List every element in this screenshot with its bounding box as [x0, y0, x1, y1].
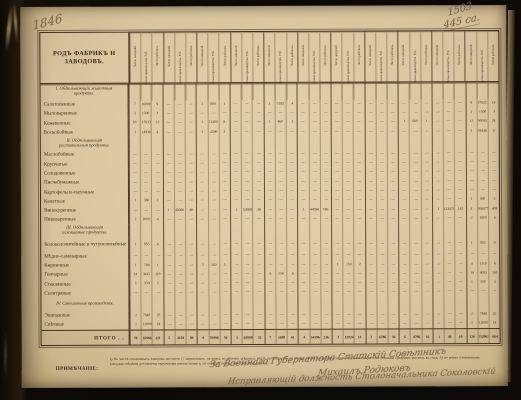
row-label: Маслобойные [44, 152, 74, 158]
row-label-cell: Свѣчные [42, 320, 130, 330]
cell-value: — [470, 188, 474, 192]
cell-value: — [459, 170, 463, 174]
data-cell: — [275, 205, 286, 214]
cell-value: 2 [471, 216, 473, 220]
data-cell [129, 224, 140, 237]
cell-value: — [380, 207, 384, 211]
cell-value: — [223, 242, 227, 246]
cell-value: — [167, 242, 171, 246]
data-cell [353, 223, 364, 236]
data-cell: — [398, 195, 409, 204]
data-cell: — [286, 205, 297, 214]
data-cell: — [263, 149, 274, 158]
cell-value: — [481, 151, 485, 155]
cell-value: 6786 [379, 335, 386, 339]
cell-value: 150 [346, 262, 351, 266]
cell-value: 4 [493, 241, 495, 245]
data-cell: — [432, 259, 443, 268]
data-cell: 1000 [140, 215, 151, 224]
data-cell: — [297, 214, 308, 223]
document-page: 1846 1503 445 са. РОДЪ ФАБРИКЪ И ЗАВОДОВ… [20, 5, 508, 388]
data-cell: — [454, 117, 465, 126]
data-cell [264, 224, 275, 237]
cell-value: 14 [358, 335, 362, 339]
data-cell: — [298, 250, 309, 259]
data-cell: — [185, 251, 196, 260]
data-cell: — [219, 269, 230, 278]
data-cell: — [297, 195, 308, 204]
statistical-table: РОДЪ ФАБРИКЪ И ЗАВОДОВЪ. Городъ Краснояр… [39, 30, 500, 346]
cell-value: — [448, 253, 452, 257]
cell-value: — [347, 290, 351, 294]
data-cell: — [286, 149, 297, 158]
data-cell: — [308, 177, 319, 186]
data-cell [252, 136, 263, 149]
cell-value: 110 [155, 272, 160, 276]
data-cell: — [253, 319, 264, 328]
data-cell: — [197, 251, 208, 260]
cell-value: 13 [155, 121, 159, 125]
data-cell: — [253, 251, 264, 260]
cell-value: — [234, 217, 238, 221]
cell-value: 1 [268, 102, 270, 106]
data-cell: — [432, 278, 443, 287]
cell-value: — [302, 242, 306, 246]
cell-value: — [257, 281, 261, 285]
data-cell: 1 [297, 205, 308, 214]
data-cell: — [444, 287, 455, 296]
cell-value: 53008 [243, 208, 252, 212]
data-cell: — [252, 168, 263, 177]
cell-value: — [291, 253, 295, 257]
cell-value: 1 [471, 280, 473, 284]
cell-value: — [380, 198, 384, 202]
data-cell: — [477, 287, 488, 296]
data-cell [365, 223, 376, 236]
cell-value: — [391, 129, 395, 133]
data-cell: — [174, 310, 185, 319]
data-cell: — [241, 260, 252, 269]
column-group: Округъ Канскій.Число заведеній.Сумма про… [297, 32, 331, 82]
subcolumn-label: Сумма производства. Руб. [179, 51, 182, 84]
cell-value: — [201, 217, 205, 221]
data-cell: — [264, 237, 275, 251]
cell-value: — [391, 101, 395, 105]
cell-value: — [178, 242, 182, 246]
cell-value: — [156, 190, 160, 194]
row-label: II. Обдѣлывающія растительныя продукты. [54, 139, 115, 149]
cell-value: — [178, 130, 182, 134]
cell-value: — [313, 217, 317, 221]
data-cell: — [186, 310, 197, 319]
row-label-cell: Винокуренные [41, 206, 129, 216]
cell-value: — [325, 322, 329, 326]
cell-value: — [380, 179, 384, 183]
data-cell: — [308, 108, 319, 117]
data-cell: — [399, 269, 410, 278]
data-cell: — [387, 250, 398, 259]
data-cell [387, 136, 398, 149]
data-cell [398, 82, 409, 98]
cell-value: — [447, 129, 451, 133]
data-cell: 2 [129, 311, 140, 320]
data-cell: — [421, 214, 432, 223]
data-cell: 25 [488, 309, 499, 318]
data-cell: — [219, 196, 230, 205]
data-cell: — [353, 167, 364, 176]
data-cell: 266077 [477, 204, 488, 213]
data-cell: 2 [466, 309, 477, 318]
cell-value: — [178, 263, 182, 267]
cell-value: — [290, 130, 294, 134]
data-cell: — [410, 214, 421, 223]
cell-value: 1 [471, 198, 473, 202]
cell-value: — [167, 162, 171, 166]
cell-value: 7 [269, 336, 271, 340]
data-cell: — [398, 204, 409, 213]
cell-value: — [414, 312, 418, 316]
data-cell: — [207, 149, 218, 158]
cell-value: 7640 [143, 313, 150, 317]
data-cell: — [174, 269, 185, 278]
data-cell: 2 [465, 126, 476, 135]
column-group: Городъ Ачинскъ.Число заведеній.Сумма про… [331, 32, 365, 82]
cell-value: — [156, 171, 160, 175]
cell-value: — [414, 262, 418, 266]
cell-value: — [437, 281, 441, 285]
data-cell: — [376, 158, 387, 167]
cell-value: — [167, 190, 171, 194]
data-cell: 360 [140, 196, 151, 205]
column-group: Округъ Минусинскій.Число заведеній.Сумма… [431, 31, 465, 81]
cell-value: 4 [471, 262, 473, 266]
data-cell: 116 [488, 268, 499, 277]
data-cell: 4 [152, 237, 163, 251]
data-cell: — [432, 195, 443, 204]
cell-value: — [369, 262, 373, 266]
data-cell: — [185, 168, 196, 177]
data-cell: — [432, 213, 443, 222]
cell-value: — [279, 152, 283, 156]
data-cell: — [454, 176, 465, 185]
data-cell: — [342, 236, 353, 250]
cell-value: 24 [492, 119, 496, 123]
subcolumn-label: Число рабочихъ. [492, 44, 495, 65]
cell-value: 25 [493, 312, 497, 316]
cell-value: — [178, 121, 182, 125]
row-label-cell: II. Обдѣлывающія растительныя продукты. [41, 137, 129, 150]
cell-value: — [447, 151, 451, 155]
data-cell: — [375, 98, 386, 107]
cell-value: 1 [438, 335, 440, 339]
data-cell: — [421, 278, 432, 287]
cell-value: — [447, 188, 451, 192]
cell-value: — [414, 281, 418, 285]
data-cell: — [387, 126, 398, 135]
cell-value: — [235, 281, 239, 285]
cell-value: 1 [403, 120, 405, 124]
data-cell: — [264, 186, 275, 195]
data-cell: 40 [185, 205, 196, 214]
data-cell: — [219, 279, 230, 288]
cell-value: 600 [413, 120, 418, 124]
data-cell: — [185, 149, 196, 158]
data-cell: 600 [409, 117, 420, 126]
data-cell: 1 [263, 118, 274, 127]
data-cell: — [252, 214, 263, 223]
data-cell: 8 [218, 118, 229, 127]
cell-value: — [189, 152, 193, 156]
data-cell: — [163, 288, 174, 297]
row-label-cell: Гончарные [41, 270, 129, 280]
cell-value: 409 [491, 207, 496, 211]
data-cell: — [488, 185, 499, 194]
data-cell: — [454, 126, 465, 135]
data-cell: 1 [230, 205, 241, 214]
column-group: Городъ Красноярскъ.Число заведеній.Сумма… [129, 32, 163, 82]
data-cell: — [174, 177, 185, 186]
data-cell: — [454, 148, 465, 157]
data-cell: — [185, 177, 196, 186]
data-cell: 4 [264, 269, 275, 278]
data-cell: — [376, 126, 387, 135]
cell-value: 9 [470, 101, 472, 105]
data-cell: — [353, 108, 364, 117]
data-cell [431, 82, 442, 98]
data-cell: — [410, 278, 421, 287]
row-label: Колокололитейные и чугунолитейные [44, 241, 126, 247]
cell-value: — [268, 161, 272, 165]
data-cell: 1 [129, 237, 140, 251]
data-cell [253, 297, 264, 310]
data-cell: — [398, 98, 409, 107]
row-label-cell: Канатные [41, 196, 129, 206]
data-cell: — [353, 186, 364, 195]
cell-value: — [134, 291, 138, 295]
data-cell: — [163, 260, 174, 269]
cell-value: — [381, 312, 385, 316]
data-cell: — [207, 187, 218, 196]
cell-value: — [414, 271, 418, 275]
data-cell: — [375, 108, 386, 117]
cell-value: — [347, 207, 351, 211]
data-cell: — [443, 259, 454, 268]
data-cell: — [298, 278, 309, 287]
row-label: Кожевенные [44, 120, 71, 126]
row-label-cell: Стеклянные [41, 279, 129, 289]
data-cell: 1025 [274, 99, 285, 108]
data-cell: 10 [455, 329, 466, 345]
cell-value: — [380, 111, 384, 115]
data-cell [465, 135, 476, 148]
data-cell: — [287, 310, 298, 319]
cell-value: — [369, 253, 373, 257]
cell-value: — [178, 162, 182, 166]
cell-value: 1 [168, 208, 170, 212]
cell-value: — [336, 281, 340, 285]
cell-value: — [448, 290, 452, 294]
cell-value: — [301, 152, 305, 156]
data-cell: — [365, 269, 376, 278]
data-cell: — [297, 186, 308, 195]
cell-value: — [369, 198, 373, 202]
cell-value: 1110 [480, 262, 487, 266]
cell-value: 16 [426, 335, 430, 339]
data-cell [230, 136, 241, 149]
cell-value: — [279, 171, 283, 175]
cell-value: — [380, 189, 384, 193]
data-cell: — [398, 250, 409, 259]
data-cell: — [286, 177, 297, 186]
subcolumn-label: Число рабочихъ. [458, 44, 461, 65]
cell-value: — [190, 313, 194, 317]
data-cell: 152065 [477, 329, 488, 345]
cell-value: — [459, 321, 463, 325]
data-cell: — [274, 108, 285, 117]
cell-value: — [212, 254, 216, 258]
cell-value: — [324, 241, 328, 245]
data-cell: — [252, 127, 263, 136]
data-cell [218, 83, 229, 99]
data-cell: — [343, 310, 354, 319]
data-cell: — [263, 127, 274, 136]
data-cell: — [185, 159, 196, 168]
cell-value: — [156, 180, 160, 184]
data-cell: — [331, 250, 342, 259]
cell-value: — [403, 262, 407, 266]
cell-value: — [336, 272, 340, 276]
data-cell: 4 [298, 329, 309, 345]
cell-value: — [391, 189, 395, 193]
data-cell: — [129, 251, 140, 260]
cell-value: — [224, 313, 228, 317]
cell-value: — [448, 216, 452, 220]
cell-value: — [380, 262, 384, 266]
cell-value: — [212, 291, 216, 295]
cell-value: 1 [269, 120, 271, 124]
data-cell: — [185, 215, 196, 224]
data-cell: — [241, 237, 252, 251]
cell-value: — [246, 242, 250, 246]
data-cell: 6786 [376, 329, 387, 345]
cell-value: 5 [224, 263, 226, 267]
cell-value: — [246, 272, 250, 276]
cell-value: 1 [303, 208, 305, 212]
data-cell: — [230, 196, 241, 205]
cell-value: — [403, 207, 407, 211]
data-cell [444, 296, 455, 309]
row-label-cell: Писчебумажные [41, 178, 129, 188]
data-cell: — [174, 118, 185, 127]
cell-value: 460 [278, 120, 283, 124]
data-cell [287, 297, 298, 310]
cell-value: — [313, 130, 317, 134]
data-cell [297, 136, 308, 149]
cell-value: — [448, 280, 452, 284]
data-cell [409, 82, 420, 98]
cell-value: 7640 [480, 312, 487, 316]
cell-value: — [268, 189, 272, 193]
cell-value: 2 [370, 335, 372, 339]
data-cell: — [140, 187, 151, 196]
data-cell: — [129, 159, 140, 168]
cell-value: 41 [291, 336, 295, 340]
cell-value: — [425, 241, 429, 245]
cell-value: — [189, 171, 193, 175]
data-cell: — [163, 320, 174, 329]
data-cell: — [365, 250, 376, 259]
row-label: ИТОГО . . [94, 336, 124, 342]
subcolumn-label: Число заведеній. [268, 45, 271, 67]
cell-value: — [246, 217, 250, 221]
data-cell: — [151, 159, 162, 168]
data-cell [376, 136, 387, 149]
data-cell: — [421, 195, 432, 204]
data-cell: — [376, 319, 387, 328]
cell-value: — [280, 313, 284, 317]
data-cell: — [219, 288, 230, 297]
cell-value: — [369, 120, 373, 124]
data-cell: — [365, 177, 376, 186]
cell-value: — [346, 101, 350, 105]
data-cell [185, 136, 196, 149]
data-cell: — [421, 287, 432, 296]
cell-value: — [425, 253, 429, 257]
cell-value: — [392, 281, 396, 285]
cell-value: — [212, 217, 216, 221]
data-cell: — [331, 214, 342, 223]
data-cell: 350 [141, 279, 152, 288]
data-cell: — [443, 176, 454, 185]
cell-value: — [279, 161, 283, 165]
subcolumn-label: Число заведеній. [201, 45, 204, 67]
cell-value: — [336, 290, 340, 294]
row-label: Солодовенные [44, 171, 76, 177]
data-cell: 99 [186, 330, 197, 345]
data-cell: — [443, 107, 454, 116]
data-cell: — [376, 149, 387, 158]
data-cell [309, 223, 320, 236]
data-cell: — [331, 287, 342, 296]
data-cell: — [297, 149, 308, 158]
data-cell: 24 [488, 117, 499, 126]
cell-value: — [257, 253, 261, 257]
data-cell: 1 [129, 127, 140, 136]
table-body: I. Обдѣлывающія животныя продукты.Салото… [41, 82, 500, 345]
data-cell: — [331, 310, 342, 319]
data-cell [399, 296, 410, 309]
row-label-cell: III. Обдѣлывающія ископаемые продукты. [41, 224, 129, 237]
data-cell: 10 [129, 118, 140, 127]
data-cell: — [152, 251, 163, 260]
cell-value: — [268, 180, 272, 184]
data-cell: — [309, 319, 320, 328]
cell-value: 1 [201, 130, 203, 134]
cell-value: — [358, 161, 362, 165]
data-cell: — [308, 195, 319, 204]
data-cell: — [163, 177, 174, 186]
data-cell [207, 83, 218, 99]
cell-value: — [257, 291, 261, 295]
cell-value: — [313, 170, 317, 174]
cell-value: — [302, 272, 306, 276]
cell-value: — [144, 153, 148, 157]
cell-value: 236 [324, 336, 329, 340]
cell-value: 5 [236, 336, 238, 340]
data-cell: 70996 [208, 330, 219, 345]
data-cell: — [230, 186, 241, 195]
cell-value: — [257, 217, 261, 221]
